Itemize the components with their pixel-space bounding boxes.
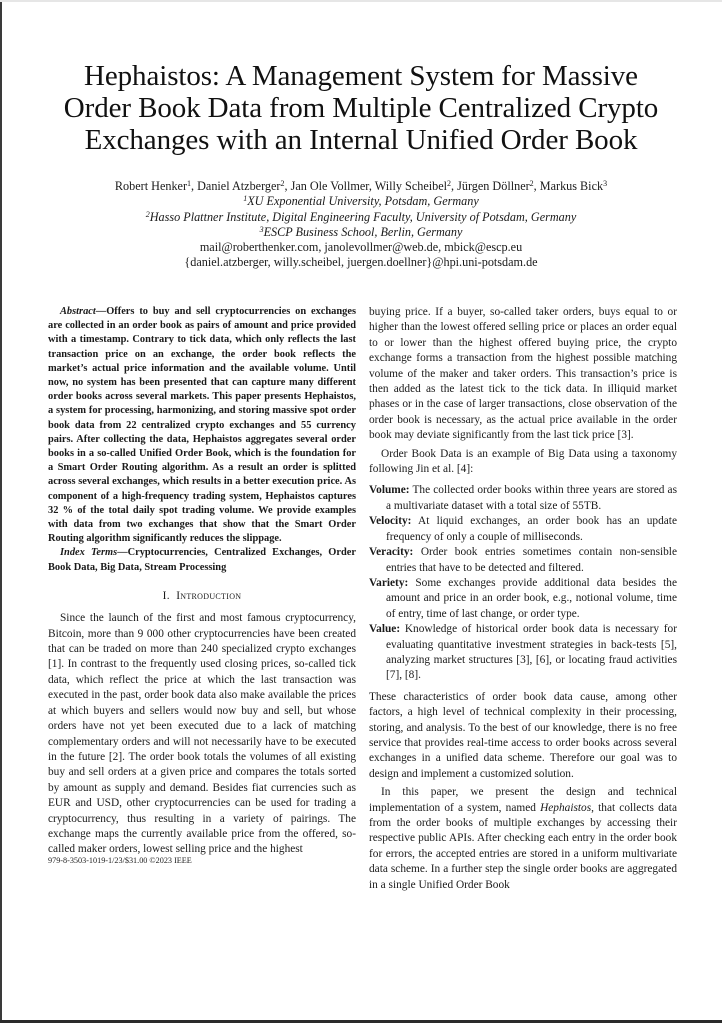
author: Daniel Atzberger2,	[197, 179, 290, 193]
author-block: Robert Henker1, Daniel Atzberger2, Jan O…	[0, 179, 722, 271]
affiliation-2: 2Hasso Plattner Institute, Digital Engin…	[0, 210, 722, 225]
author-list: Robert Henker1, Daniel Atzberger2, Jan O…	[0, 179, 722, 194]
list-item-veracity: Veracity: Order book entries sometimes c…	[369, 545, 677, 576]
title-line-1: Hephaistos: A Management System for Mass…	[0, 60, 722, 92]
email-line-1: mail@roberthenker.com, janolevollmer@web…	[0, 240, 722, 255]
list-item-value: Value: Knowledge of historical order boo…	[369, 622, 677, 684]
author: Willy Scheibel2,	[375, 179, 457, 193]
affiliation-3: 3ESCP Business School, Berlin, Germany	[0, 225, 722, 240]
title-line-3: Exchanges with an Internal Unified Order…	[0, 124, 722, 156]
title-line-2: Order Book Data from Multiple Centralize…	[0, 92, 722, 124]
intro-paragraph-1-continued: buying price. If a buyer, so-called take…	[369, 305, 677, 444]
page-top-edge	[0, 0, 722, 2]
right-column: buying price. If a buyer, so-called take…	[369, 305, 677, 893]
big-data-taxonomy-list: Volume: The collected order books within…	[369, 483, 677, 683]
list-item-velocity: Velocity: At liquid exchanges, an order …	[369, 514, 677, 545]
author: Robert Henker1,	[115, 179, 197, 193]
abstract-text: Offers to buy and sell cryptocurrencies …	[48, 306, 356, 544]
index-terms: Index Terms—Cryptocurrencies, Centralize…	[48, 546, 356, 574]
paper-title: Hephaistos: A Management System for Mass…	[0, 60, 722, 156]
abstract: Abstract—Offers to buy and sell cryptocu…	[48, 305, 356, 546]
list-item-variety: Variety: Some exchanges provide addition…	[369, 576, 677, 622]
author: Jürgen Döllner2,	[457, 179, 540, 193]
author: Markus Bick3	[540, 179, 607, 193]
list-item-volume: Volume: The collected order books within…	[369, 483, 677, 514]
email-line-2: {daniel.atzberger, willy.scheibel, juerg…	[0, 255, 722, 270]
section-heading-introduction: I. Introduction	[48, 589, 356, 604]
big-data-intro: Order Book Data is an example of Big Dat…	[369, 447, 677, 478]
characteristics-paragraph: These characteristics of order book data…	[369, 690, 677, 782]
intro-paragraph-1: Since the launch of the first and most f…	[48, 611, 356, 858]
left-column: Abstract—Offers to buy and sell cryptocu…	[48, 305, 356, 858]
copyright-notice: 979-8-3503-1019-1/23/$31.00 ©2023 IEEE	[48, 856, 192, 865]
affiliation-1: 1XU Exponential University, Potsdam, Ger…	[0, 194, 722, 209]
author: Jan Ole Vollmer,	[291, 179, 375, 193]
present-paragraph: In this paper, we present the design and…	[369, 785, 677, 893]
